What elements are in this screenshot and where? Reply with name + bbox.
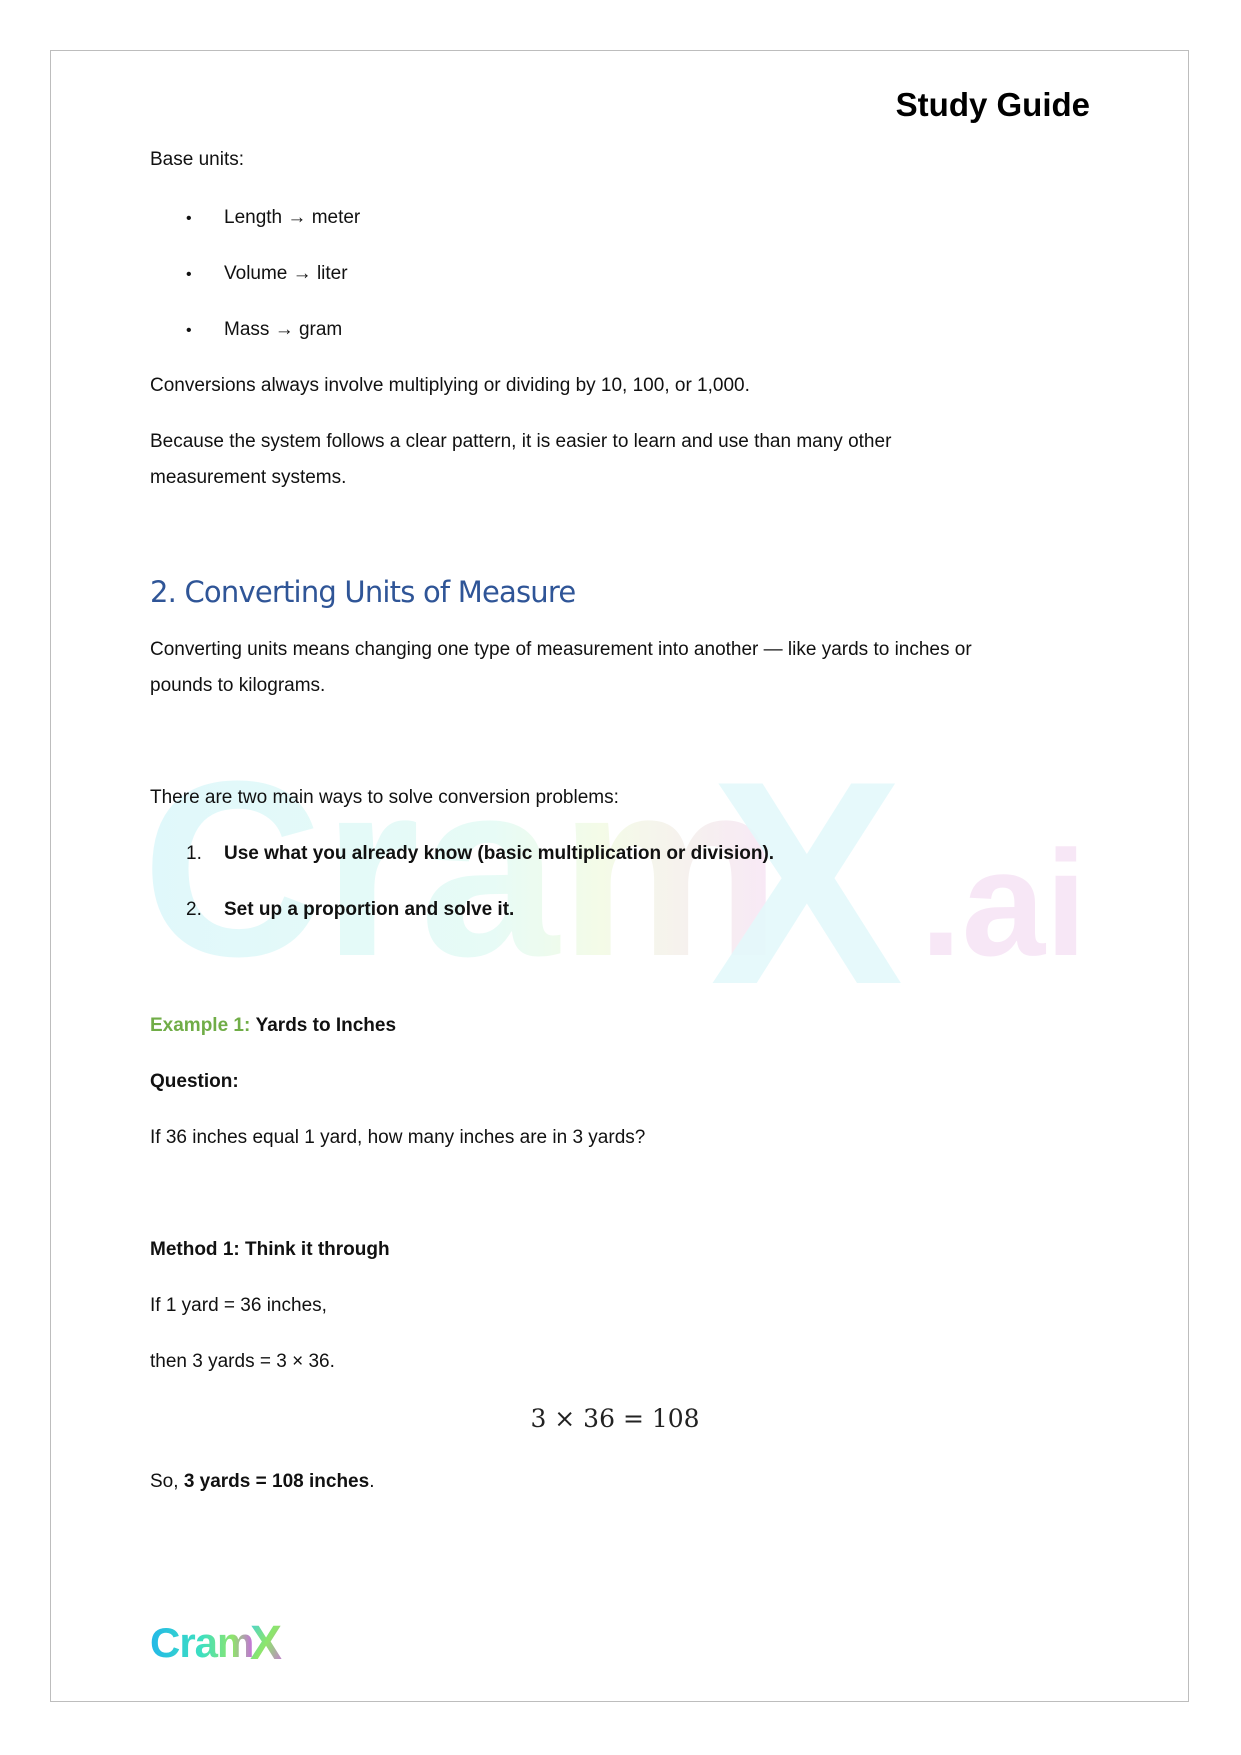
list-item: •Mass → gram	[186, 318, 342, 343]
section-intro-line2: pounds to kilograms.	[150, 668, 325, 704]
base-units-intro: Base units:	[150, 142, 244, 178]
question-text: If 36 inches equal 1 yard, how many inch…	[150, 1120, 645, 1156]
section-heading: 2. Converting Units of Measure	[150, 575, 575, 609]
arrow-icon: →	[275, 319, 294, 340]
list-item: 2.Set up a proportion and solve it.	[186, 898, 514, 922]
list-item: •Volume → liter	[186, 262, 348, 287]
bullet-icon: •	[186, 319, 224, 343]
example-label: Example 1:	[150, 1015, 250, 1036]
bullet-icon: •	[186, 263, 224, 287]
method-title: Method 1: Think it through	[150, 1232, 390, 1268]
page-border	[50, 50, 1189, 1702]
section-intro-line1: Converting units means changing one type…	[150, 632, 972, 668]
arrow-icon: →	[293, 263, 312, 284]
pattern-note-line2: measurement systems.	[150, 460, 346, 496]
svg-text:X: X	[250, 1617, 282, 1666]
equation: 3 × 36 = 108	[150, 1404, 1080, 1433]
example-heading: Example 1: Yards to Inches	[150, 1008, 396, 1044]
example-title: Yards to Inches	[256, 1015, 396, 1036]
conclusion: So, 3 yards = 108 inches.	[150, 1464, 374, 1500]
ways-intro: There are two main ways to solve convers…	[150, 780, 619, 816]
list-item: •Length → meter	[186, 206, 360, 231]
pattern-note-line1: Because the system follows a clear patte…	[150, 424, 891, 460]
svg-text:Cram: Cram	[150, 1619, 253, 1666]
question-label: Question:	[150, 1064, 239, 1100]
conversions-note: Conversions always involve multiplying o…	[150, 368, 750, 404]
arrow-icon: →	[287, 207, 306, 228]
document-title: Study Guide	[896, 86, 1090, 124]
bullet-icon: •	[186, 207, 224, 231]
method-step-2: then 3 yards = 3 × 36.	[150, 1344, 335, 1380]
list-item: 1.Use what you already know (basic multi…	[186, 842, 774, 866]
cramx-logo: Cram X	[150, 1616, 295, 1666]
method-step-1: If 1 yard = 36 inches,	[150, 1288, 327, 1324]
